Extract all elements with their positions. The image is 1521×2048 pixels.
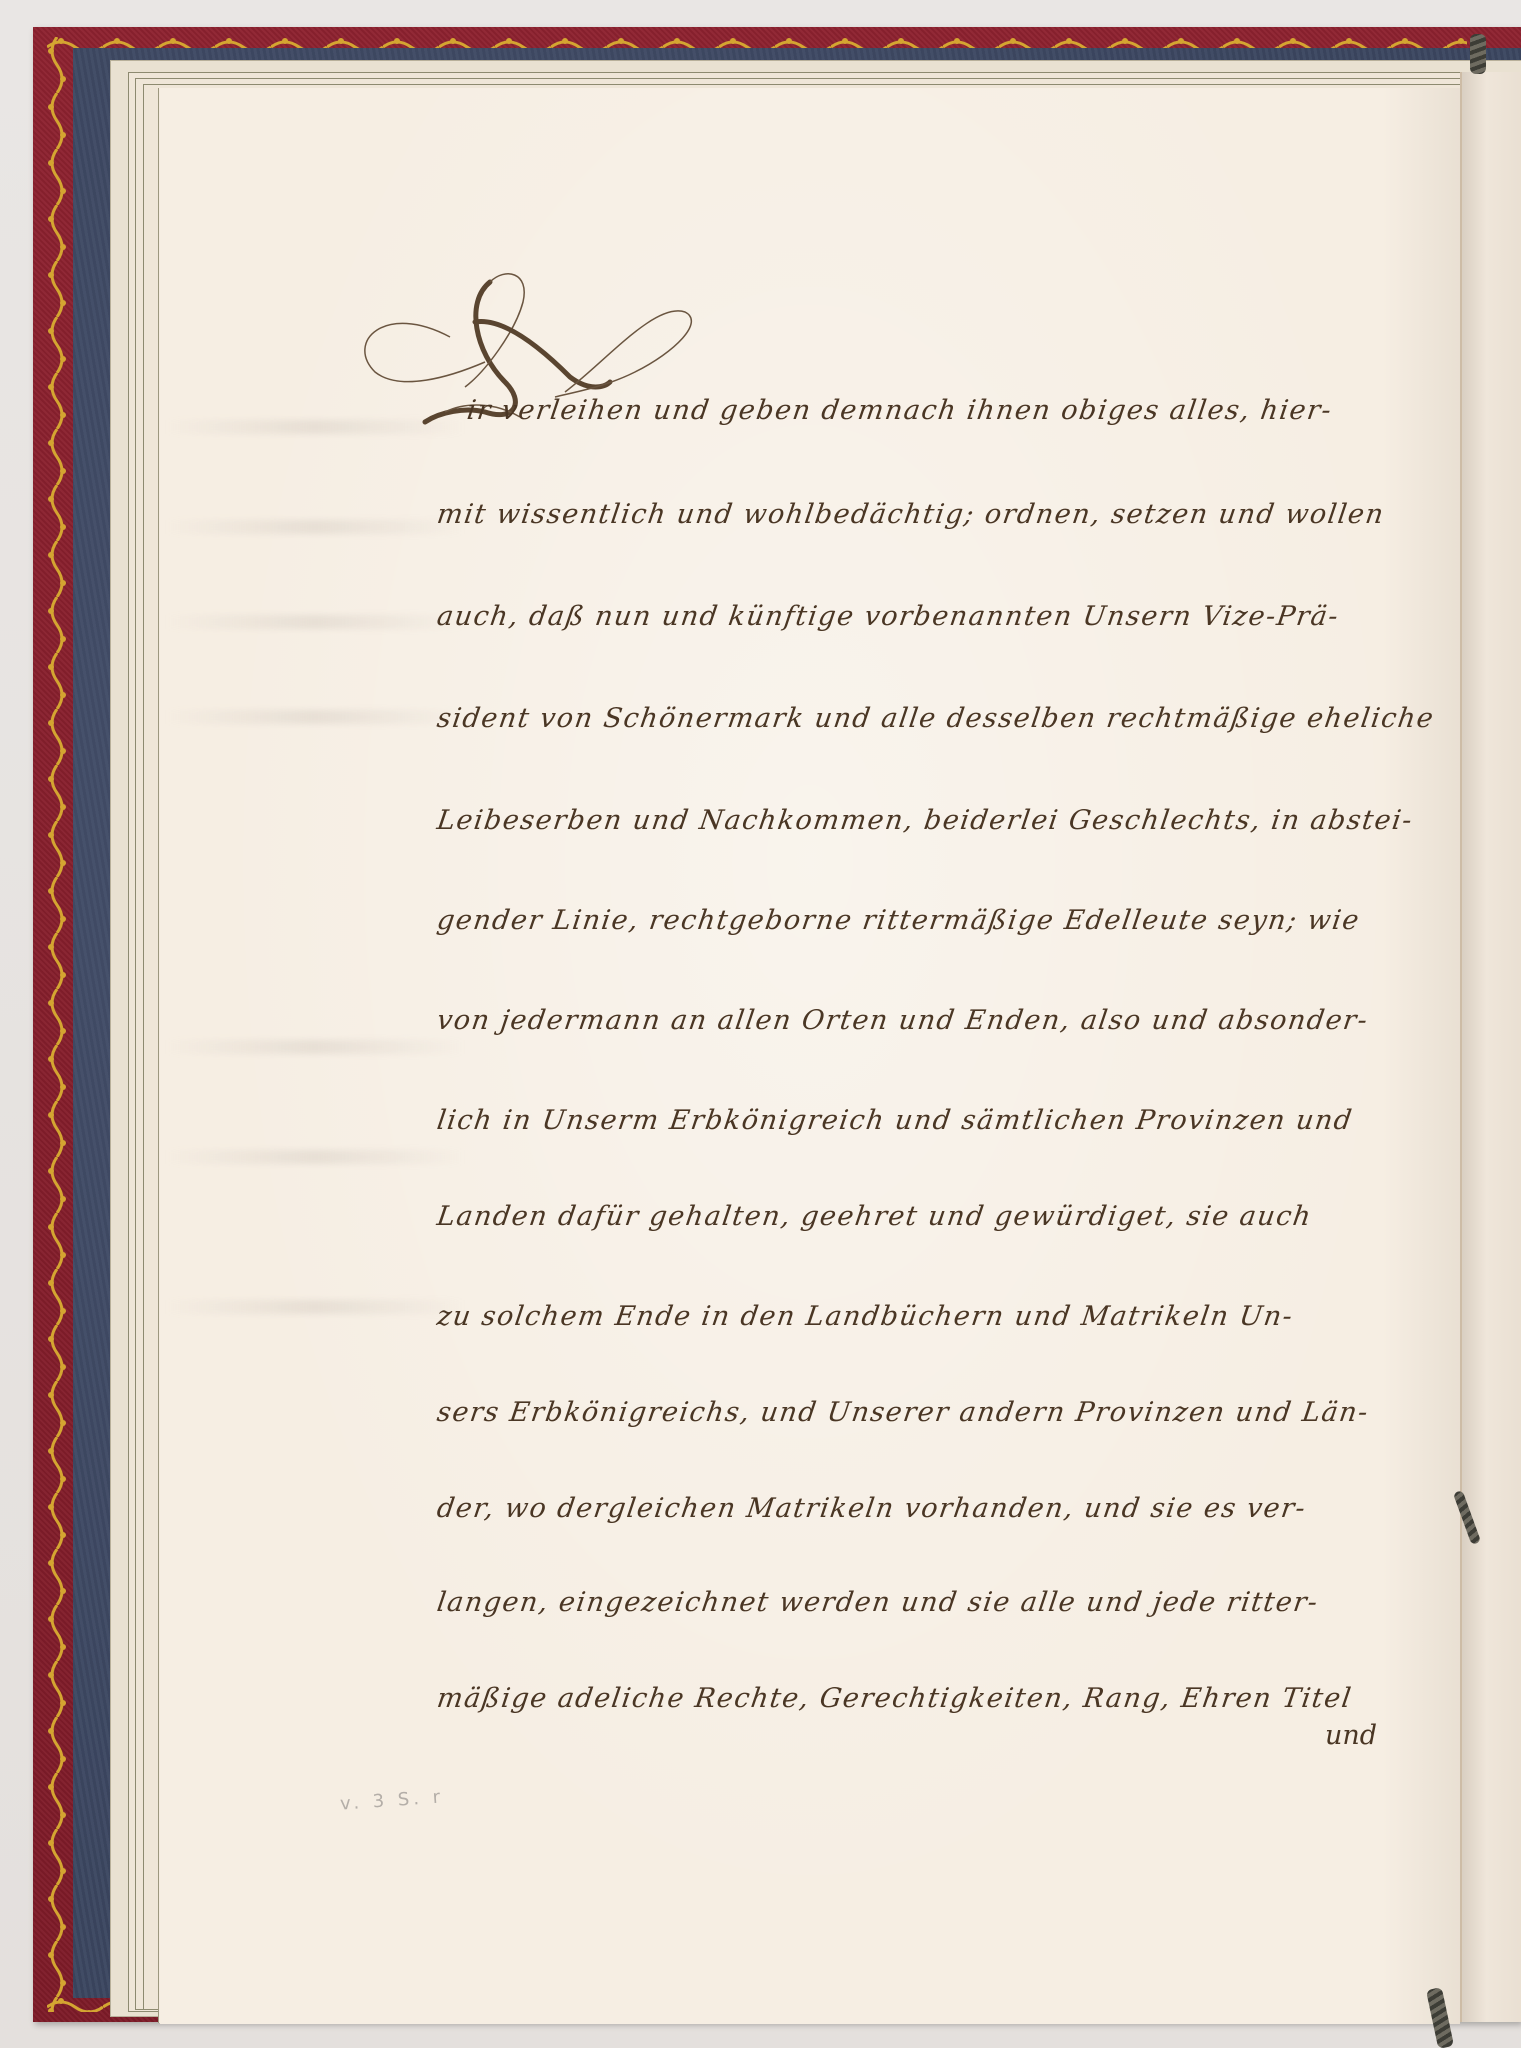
text-line: mäßige adeliche Rechte, Gerechtigkeiten,…: [435, 1683, 1354, 1714]
text-line: Landen dafür gehalten, geehret und gewür…: [435, 1201, 1314, 1232]
show-through-text: [165, 1040, 465, 1054]
facing-leaf-edge: [1460, 72, 1521, 2022]
show-through-text: [165, 1150, 465, 1164]
show-through-text: [165, 615, 465, 629]
text-line: von jedermann an allen Orten und Enden, …: [435, 1005, 1370, 1036]
text-line: zu solchem Ende in den Landbüchern und M…: [435, 1301, 1295, 1332]
text-line: lich in Unserm Erbkönigreich und sämtlic…: [435, 1105, 1355, 1136]
text-line: ir verleihen und geben demnach ihnen obi…: [465, 395, 1334, 426]
text-line: langen, eingezeichnet werden und sie all…: [435, 1587, 1321, 1618]
text-line: mit wissentlich und wohlbedächtig; ordne…: [435, 499, 1387, 530]
binding-cord: [1470, 34, 1486, 74]
text-line: sers Erbkönigreichs, und Unserer andern …: [435, 1397, 1371, 1428]
text-line: gender Linie, rechtgeborne rittermäßige …: [435, 905, 1362, 936]
show-through-text: [165, 520, 465, 534]
text-line: der, wo dergleichen Matrikeln vorhanden,…: [435, 1493, 1308, 1524]
text-line: sident von Schönermark und alle desselbe…: [435, 703, 1436, 734]
catchword: und: [1325, 1720, 1377, 1751]
show-through-text: [165, 710, 465, 724]
text-line: Leibeserben und Nachkommen, beiderlei Ge…: [435, 805, 1415, 836]
show-through-text: [165, 1300, 465, 1314]
text-line: auch, daß nun und künftige vorbenannten …: [435, 601, 1341, 632]
